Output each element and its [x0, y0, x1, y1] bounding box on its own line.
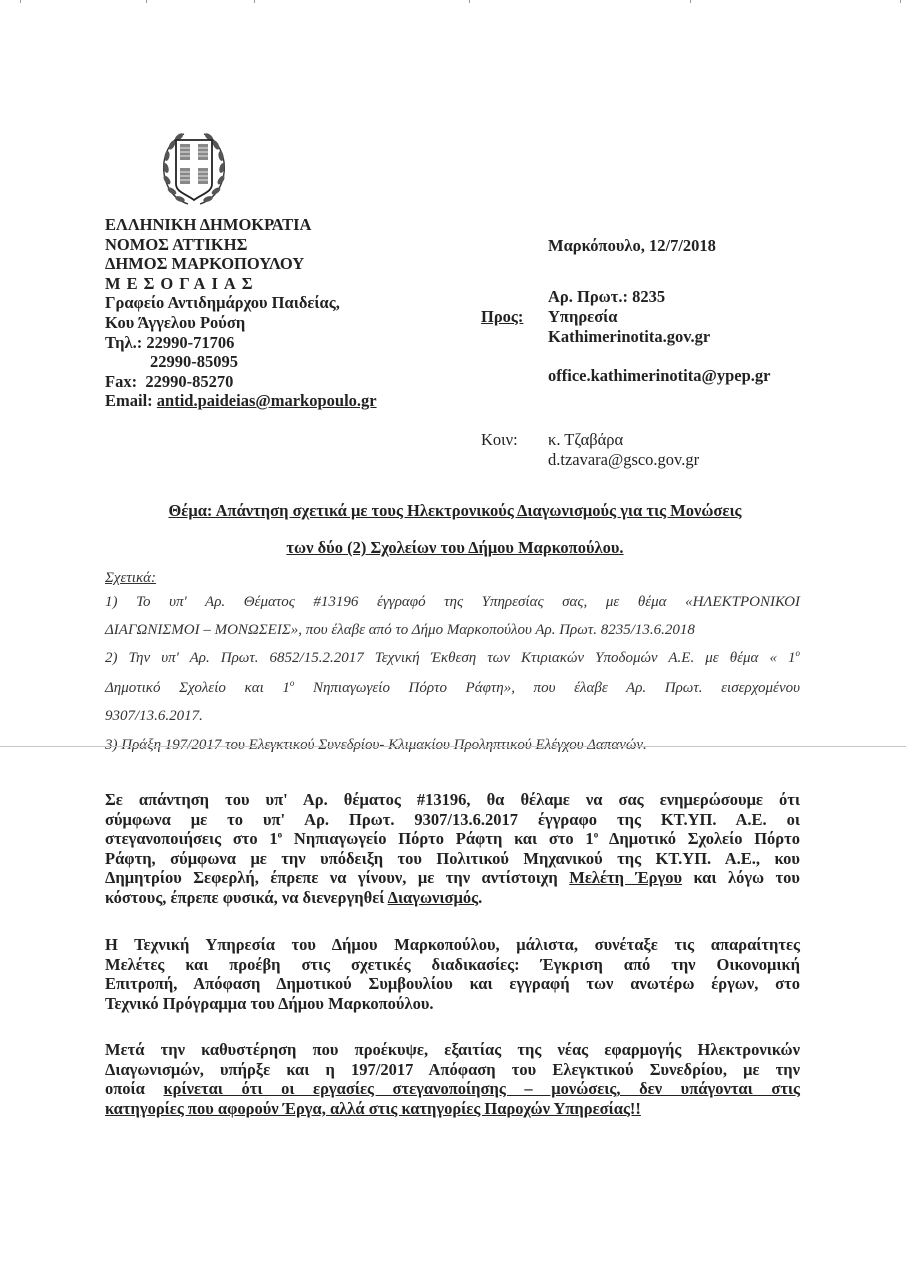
related-item-2-text-a: Δημοτικό Σχολείο και 1: [105, 680, 290, 696]
paragraph-line: Δημητρίου Σεφερλή, έπρεπε να γίνουν, με …: [105, 868, 800, 888]
ordinal-superscript: ο: [796, 648, 801, 658]
fax-label: Fax:: [105, 372, 137, 391]
phone-number-1: 22990-71706: [146, 333, 234, 352]
subject-line-2: των δύο (2) Σχολείων του Δήμου Μαρκοπούλ…: [110, 538, 800, 558]
sender-line-office: Γραφείο Αντιδημάρχου Παιδείας,: [105, 293, 377, 313]
text-span: και λόγω του: [682, 868, 800, 887]
paragraph-line: στεγανοποιήσεις στο 1ο Νηπιαγωγείο Πόρτο…: [105, 829, 800, 849]
text-span: στεγανοποιήσεις στο 1: [105, 829, 278, 848]
recipient-email[interactable]: office.kathimerinotita@ypep.gr: [548, 366, 770, 386]
body-paragraph-3: Μετά την καθυστέρηση που προέκυψε, εξαιτ…: [105, 1040, 800, 1118]
sender-email-link[interactable]: antid.paideias@markopoulo.gr: [157, 391, 377, 410]
paragraph-line: Επιτροπή, Απόφαση Δημοτικού Συμβουλίου κ…: [105, 974, 800, 994]
related-title: Σχετικά:: [105, 570, 800, 587]
greek-coat-of-arms-icon: [158, 128, 230, 210]
body-paragraph-1: Σε απάντηση του υπ' Αρ. θέματος #13196, …: [105, 790, 800, 908]
text-span: κόστους, έπρεπε φυσικά, να διενεργηθεί: [105, 888, 388, 907]
subject-line-1: Θέμα: Απάντηση σχετικά με τους Ηλεκτρονι…: [110, 501, 800, 521]
text-span: .: [478, 888, 482, 907]
sender-line-prefecture: ΝΟΜΟΣ ΑΤΤΙΚΗΣ: [105, 235, 377, 255]
underlined-term: Διαγωνισμός: [388, 888, 478, 907]
letter-date: Μαρκόπουλο, 12/7/2018: [548, 236, 716, 256]
paragraph-line: οποία κρίνεται ότι οι εργασίες στεγανοπο…: [105, 1079, 800, 1099]
sender-line-region: ΜΕΣΟΓΑΙΑΣ: [105, 274, 377, 294]
underlined-term: κρίνεται ότι οι εργασίες στεγανοποίησης …: [163, 1079, 800, 1098]
sender-line-person: Κου Άγγελου Ρούση: [105, 313, 377, 333]
related-item-2-line-2: Δημοτικό Σχολείο και 1ο Νηπιαγωγείο Πόρτ…: [105, 680, 800, 697]
recipient-site: Kathimerinotita.gov.gr: [548, 327, 710, 347]
phone-number-2: 22990-85095: [105, 352, 377, 372]
paragraph-line: Μελέτες και προέβη στις σχετικές διαδικα…: [105, 955, 800, 975]
sender-phone: Τηλ.: 22990-71706: [105, 333, 377, 353]
paragraph-line: σύμφωνα με το υπ' Αρ. Πρωτ. 9307/13.6.20…: [105, 810, 800, 830]
phone-label: Τηλ.:: [105, 333, 142, 352]
scan-fold-line: [0, 746, 906, 747]
text-span: οποία: [105, 1079, 163, 1098]
related-item-2-line-3: 9307/13.6.2017.: [105, 708, 800, 725]
protocol-number: Αρ. Πρωτ.: 8235: [548, 287, 665, 307]
sender-email: Email: antid.paideias@markopoulo.gr: [105, 391, 377, 411]
paragraph-line: Τεχνικό Πρόγραμμα του Δήμου Μαρκοπούλου.: [105, 994, 800, 1014]
sender-fax: Fax: 22990-85270: [105, 372, 377, 392]
cc-name: κ. Τζαβάρα: [548, 430, 623, 450]
cc-email[interactable]: d.tzavara@gsco.gov.gr: [548, 450, 699, 470]
body-paragraph-2: Η Τεχνική Υπηρεσία του Δήμου Μαρκοπούλου…: [105, 935, 800, 1013]
recipient-label: Προς:: [481, 307, 523, 327]
fax-number: 22990-85270: [145, 372, 233, 391]
paragraph-line-underlined: κατηγορίες που αφορούν Έργα, αλλά στις κ…: [105, 1099, 800, 1119]
sender-line-republic: ΕΛΛΗΝΙΚΗ ΔΗΜΟΚΡΑΤΙΑ: [105, 215, 377, 235]
scan-artifacts: [0, 0, 906, 4]
paragraph-line: κόστους, έπρεπε φυσικά, να διενεργηθεί Δ…: [105, 888, 800, 908]
related-item-1-line-1: 1) Το υπ' Αρ. Θέματος #13196 έγγραφό της…: [105, 594, 800, 611]
related-item-2-text-b: Νηπιαγωγείο Πόρτο Ράφτη», που έλαβε Αρ. …: [294, 680, 800, 696]
recipient-name: Υπηρεσία: [548, 307, 618, 327]
sender-line-municipality: ΔΗΜΟΣ ΜΑΡΚΟΠΟΥΛΟΥ: [105, 254, 377, 274]
related-item-1-line-2: ΔΙΑΓΩΝΙΣΜΟΙ – ΜΟΝΩΣΕΙΣ», που έλαβε από τ…: [105, 622, 800, 639]
text-span: Δημοτικό Σχολείο Πόρτο: [598, 829, 800, 848]
paragraph-line: Ράφτη, σύμφωνα με την υπόδειξη του Πολιτ…: [105, 849, 800, 869]
paragraph-line: Η Τεχνική Υπηρεσία του Δήμου Μαρκοπούλου…: [105, 935, 800, 955]
paragraph-line: Σε απάντηση του υπ' Αρ. θέματος #13196, …: [105, 790, 800, 810]
sender-block: ΕΛΛΗΝΙΚΗ ΔΗΜΟΚΡΑΤΙΑ ΝΟΜΟΣ ΑΤΤΙΚΗΣ ΔΗΜΟΣ …: [105, 215, 377, 411]
related-item-2-line-1: 2) Την υπ' Αρ. Πρωτ. 6852/15.2.2017 Τεχν…: [105, 650, 800, 667]
related-item-2-text: 2) Την υπ' Αρ. Πρωτ. 6852/15.2.2017 Τεχν…: [105, 650, 796, 666]
cc-label: Κοιν:: [481, 430, 518, 450]
email-label: Email:: [105, 391, 153, 410]
underlined-term: Μελέτη Έργου: [569, 868, 682, 887]
text-span: Νηπιαγωγείο Πόρτο Ράφτη και στο 1: [282, 829, 594, 848]
paragraph-line: Διαγωνισμών, υπήρξε και η 197/2017 Απόφα…: [105, 1060, 800, 1080]
paragraph-line: Μετά την καθυστέρηση που προέκυψε, εξαιτ…: [105, 1040, 800, 1060]
text-span: Δημητρίου Σεφερλή, έπρεπε να γίνουν, με …: [105, 868, 569, 887]
